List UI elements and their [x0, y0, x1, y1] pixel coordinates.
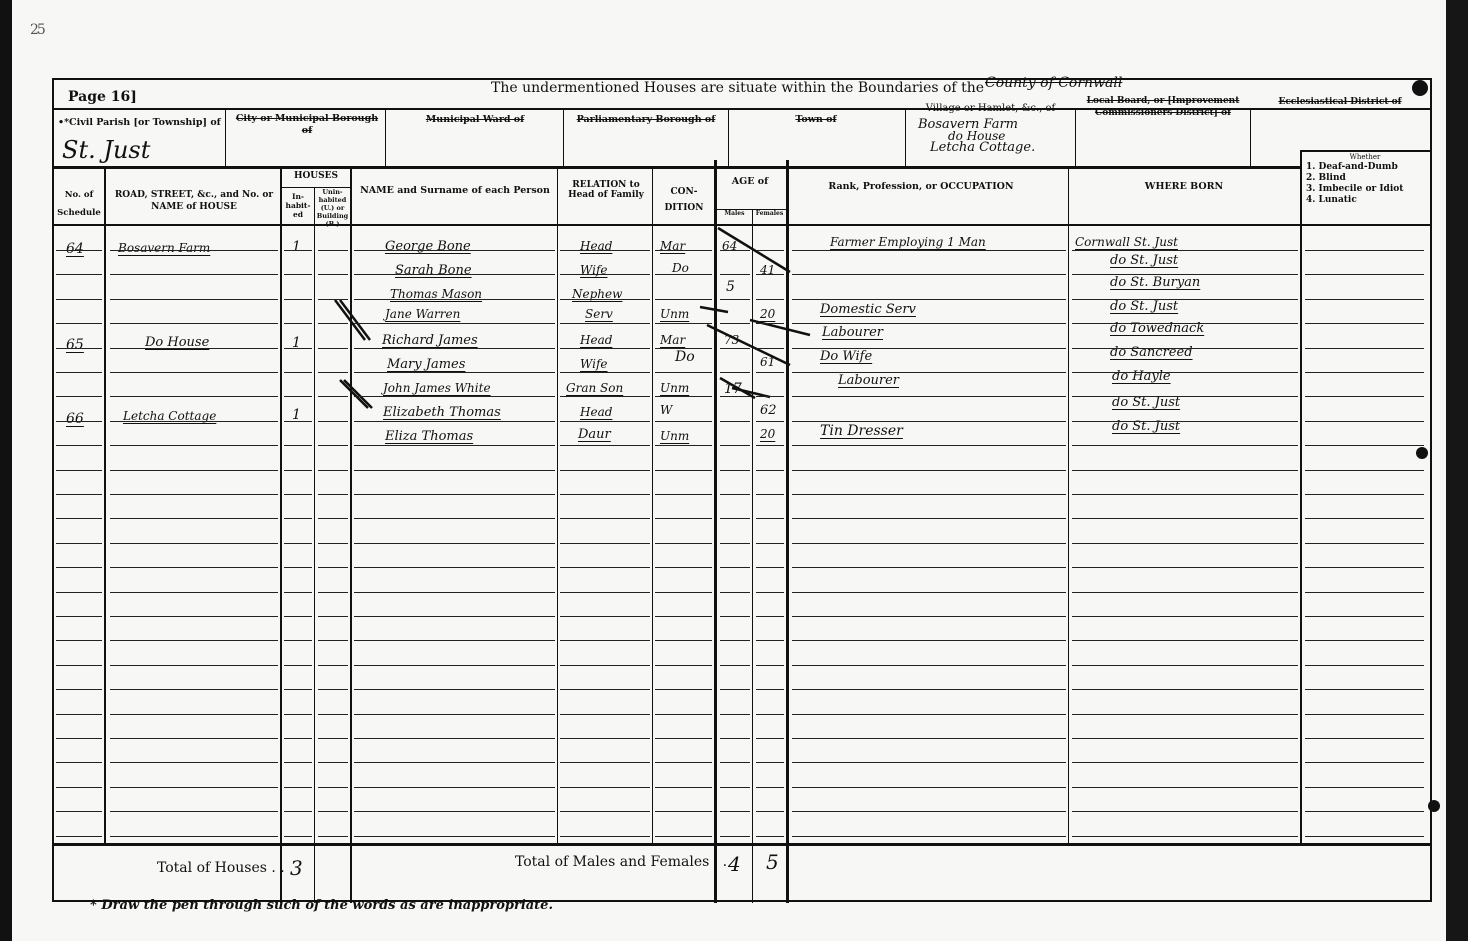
row-rule — [560, 665, 650, 666]
row-rule — [56, 470, 102, 471]
row-rule — [560, 372, 650, 373]
row-rule — [110, 787, 278, 788]
row-rule — [318, 640, 348, 641]
row-rule — [560, 616, 650, 617]
row-rule — [720, 348, 750, 349]
row-rule — [1305, 274, 1424, 275]
row-rule — [354, 445, 555, 446]
row-rule — [110, 323, 278, 324]
row-rule — [720, 787, 750, 788]
row-rule — [792, 787, 1066, 788]
row-rule — [110, 494, 278, 495]
row-rule — [56, 689, 102, 690]
row-rule — [720, 543, 750, 544]
row-rule — [560, 445, 650, 446]
row-rule — [756, 787, 784, 788]
row-rule — [756, 445, 784, 446]
row-rule — [354, 250, 555, 251]
row-rule — [655, 323, 712, 324]
row-rule — [284, 787, 312, 788]
row-rule — [792, 323, 1066, 324]
row-rule — [792, 689, 1066, 690]
row-rule — [655, 787, 712, 788]
row-rule — [655, 665, 712, 666]
row-rule — [560, 640, 650, 641]
row-rule — [1072, 616, 1298, 617]
row-rule — [318, 567, 348, 568]
row-rule — [655, 274, 712, 275]
row-rule — [720, 396, 750, 397]
row-rule — [56, 274, 102, 275]
row-rule — [284, 518, 312, 519]
row-rule — [354, 494, 555, 495]
row-rule — [354, 421, 555, 422]
row-rule — [560, 421, 650, 422]
row-rule — [284, 738, 312, 739]
row-rule — [1305, 396, 1424, 397]
row-rule — [792, 274, 1066, 275]
row-rule — [354, 543, 555, 544]
row-rule — [792, 665, 1066, 666]
row-rule — [655, 494, 712, 495]
row-rule — [1072, 250, 1298, 251]
row-rule — [354, 323, 555, 324]
row-rule — [1072, 543, 1298, 544]
row-rule — [354, 518, 555, 519]
row-rule — [560, 396, 650, 397]
row-rule — [56, 738, 102, 739]
row-rule — [318, 348, 348, 349]
row-rule — [318, 494, 348, 495]
row-rule — [792, 811, 1066, 812]
row-rule — [56, 250, 102, 251]
row-rule — [354, 616, 555, 617]
row-rule — [56, 494, 102, 495]
row-rule — [1305, 640, 1424, 641]
row-rule — [792, 616, 1066, 617]
row-rule — [110, 836, 278, 837]
row-rule — [354, 640, 555, 641]
row-rule — [560, 567, 650, 568]
row-rule — [284, 811, 312, 812]
row-rule — [756, 543, 784, 544]
row-rule — [284, 836, 312, 837]
row-rule — [560, 348, 650, 349]
row-rule — [110, 543, 278, 544]
row-rule — [56, 445, 102, 446]
row-rule — [560, 811, 650, 812]
row-rule — [756, 470, 784, 471]
row-rule — [792, 299, 1066, 300]
row-rule — [1072, 348, 1298, 349]
row-rule — [720, 372, 750, 373]
row-rule — [1072, 640, 1298, 641]
row-rule — [56, 811, 102, 812]
row-rule — [284, 372, 312, 373]
row-rule — [655, 421, 712, 422]
row-rule — [56, 665, 102, 666]
row-rule — [756, 762, 784, 763]
row-rule — [1305, 470, 1424, 471]
row-rule — [1305, 299, 1424, 300]
row-rule — [792, 396, 1066, 397]
row-rule — [56, 323, 102, 324]
row-rule — [655, 592, 712, 593]
row-rule — [318, 787, 348, 788]
row-rule — [284, 470, 312, 471]
row-rule — [1072, 494, 1298, 495]
row-rule — [56, 640, 102, 641]
row-rule — [560, 787, 650, 788]
row-rule — [110, 665, 278, 666]
row-rule — [1305, 787, 1424, 788]
row-rule — [110, 811, 278, 812]
row-rule — [792, 762, 1066, 763]
row-rule — [354, 689, 555, 690]
row-rule — [720, 518, 750, 519]
total-persons-label: Total of Males and Females . . — [515, 855, 727, 869]
row-rule — [720, 421, 750, 422]
row-rule — [655, 299, 712, 300]
row-rule — [792, 348, 1066, 349]
row-rule — [56, 299, 102, 300]
row-rule — [354, 372, 555, 373]
row-rule — [756, 592, 784, 593]
row-rule — [560, 494, 650, 495]
row-rule — [655, 372, 712, 373]
row-rule — [560, 836, 650, 837]
row-rule — [284, 714, 312, 715]
row-rule — [655, 616, 712, 617]
row-rule — [720, 445, 750, 446]
row-rule — [110, 592, 278, 593]
row-rule — [560, 738, 650, 739]
row-rule — [720, 811, 750, 812]
row-rule — [720, 665, 750, 666]
row-rule — [318, 689, 348, 690]
row-rule — [1305, 348, 1424, 349]
row-rule — [655, 543, 712, 544]
row-rule — [1305, 811, 1424, 812]
row-rule — [756, 714, 784, 715]
row-rule — [284, 665, 312, 666]
row-rule — [354, 762, 555, 763]
row-rule — [318, 665, 348, 666]
row-rule — [284, 250, 312, 251]
row-rule — [792, 714, 1066, 715]
row-rule — [655, 250, 712, 251]
row-rule — [756, 616, 784, 617]
row-rule — [318, 811, 348, 812]
footnote: * Draw the pen through such of the words… — [90, 898, 553, 913]
row-rule — [284, 762, 312, 763]
total-females-value: 5 — [766, 852, 779, 872]
row-rule — [720, 738, 750, 739]
row-rule — [110, 250, 278, 251]
row-rule — [1305, 323, 1424, 324]
row-rule — [354, 274, 555, 275]
row-rule — [56, 787, 102, 788]
row-rule — [284, 396, 312, 397]
row-rule — [720, 494, 750, 495]
row-rule — [792, 518, 1066, 519]
row-rule — [1305, 762, 1424, 763]
row-rule — [56, 396, 102, 397]
row-rule — [655, 396, 712, 397]
row-rule — [756, 494, 784, 495]
row-rule — [354, 714, 555, 715]
row-rule — [1305, 250, 1424, 251]
row-rule — [720, 567, 750, 568]
total-houses-label: Total of Houses . . — [157, 861, 285, 875]
row-rule — [1305, 714, 1424, 715]
row-rule — [1072, 445, 1298, 446]
row-rule — [1305, 689, 1424, 690]
row-rule — [318, 616, 348, 617]
row-rule — [655, 762, 712, 763]
row-rule — [110, 421, 278, 422]
row-rule — [354, 299, 555, 300]
row-rule — [110, 396, 278, 397]
row-rule — [720, 299, 750, 300]
row-rule — [1072, 762, 1298, 763]
row-rule — [354, 567, 555, 568]
row-rule — [354, 396, 555, 397]
row-rule — [792, 738, 1066, 739]
row-rule — [284, 274, 312, 275]
row-rule — [110, 616, 278, 617]
row-rule — [110, 445, 278, 446]
row-rule — [318, 421, 348, 422]
row-rule — [756, 348, 784, 349]
row-rule — [792, 640, 1066, 641]
row-rule — [560, 274, 650, 275]
row-rule — [756, 250, 784, 251]
row-rule — [110, 689, 278, 690]
row-rule — [1072, 323, 1298, 324]
row-rule — [1305, 518, 1424, 519]
row-rule — [1072, 372, 1298, 373]
row-rule — [284, 567, 312, 568]
row-rule — [318, 396, 348, 397]
row-rule — [756, 396, 784, 397]
row-rule — [318, 250, 348, 251]
row-rule — [720, 470, 750, 471]
row-rule — [756, 421, 784, 422]
row-rule — [56, 616, 102, 617]
row-rule — [318, 543, 348, 544]
row-rule — [110, 470, 278, 471]
row-rule — [1072, 518, 1298, 519]
row-rule — [720, 616, 750, 617]
row-rule — [110, 372, 278, 373]
row-rule — [1305, 421, 1424, 422]
row-rule — [792, 445, 1066, 446]
row-rule — [655, 518, 712, 519]
row-rule — [560, 689, 650, 690]
row-rule — [756, 689, 784, 690]
row-rule — [318, 299, 348, 300]
row-rule — [284, 421, 312, 422]
row-rule — [1072, 396, 1298, 397]
row-rule — [1305, 494, 1424, 495]
row-rule — [655, 689, 712, 690]
row-rule — [655, 811, 712, 812]
row-rule — [110, 640, 278, 641]
row-rule — [1072, 689, 1298, 690]
row-rule — [56, 518, 102, 519]
row-rule — [110, 762, 278, 763]
row-rule — [284, 323, 312, 324]
row-rule — [1305, 836, 1424, 837]
row-rule — [720, 250, 750, 251]
row-rule — [720, 714, 750, 715]
row-rule — [1072, 470, 1298, 471]
row-rule — [56, 421, 102, 422]
row-rule — [354, 787, 555, 788]
row-rule — [354, 348, 555, 349]
row-rule — [655, 445, 712, 446]
row-rule — [720, 274, 750, 275]
row-rule — [318, 274, 348, 275]
row-rule — [354, 470, 555, 471]
row-rule — [318, 836, 348, 837]
row-rule — [284, 445, 312, 446]
row-rule — [284, 640, 312, 641]
row-rule — [1072, 567, 1298, 568]
row-rule — [560, 518, 650, 519]
row-rule — [655, 640, 712, 641]
row-rule — [756, 299, 784, 300]
row-rule — [720, 689, 750, 690]
row-rule — [56, 372, 102, 373]
row-rule — [318, 323, 348, 324]
row-rule — [655, 567, 712, 568]
row-rule — [756, 738, 784, 739]
row-rule — [110, 738, 278, 739]
row-rule — [354, 665, 555, 666]
row-rule — [560, 323, 650, 324]
row-rule — [756, 518, 784, 519]
row-rule — [720, 762, 750, 763]
row-rule — [756, 567, 784, 568]
row-rule — [756, 372, 784, 373]
row-rule — [756, 811, 784, 812]
row-rule — [560, 470, 650, 471]
row-rule — [284, 299, 312, 300]
row-rule — [56, 348, 102, 349]
row-rule — [792, 543, 1066, 544]
row-rule — [720, 640, 750, 641]
row-rule — [1072, 592, 1298, 593]
row-rule — [792, 421, 1066, 422]
row-rule — [655, 348, 712, 349]
row-rule — [1072, 299, 1298, 300]
row-rule — [284, 616, 312, 617]
row-rule — [56, 836, 102, 837]
row-rule — [354, 592, 555, 593]
row-rule — [1305, 445, 1424, 446]
row-rule — [560, 592, 650, 593]
row-rule — [720, 592, 750, 593]
row-rule — [792, 592, 1066, 593]
row-rule — [560, 714, 650, 715]
row-rule — [56, 543, 102, 544]
row-rule — [1305, 665, 1424, 666]
total-males-value: 4 — [728, 854, 741, 874]
row-rule — [318, 518, 348, 519]
row-rule — [756, 274, 784, 275]
row-rule — [1072, 738, 1298, 739]
row-rule — [284, 348, 312, 349]
row-rule — [560, 762, 650, 763]
row-rule — [1072, 665, 1298, 666]
row-rule — [110, 348, 278, 349]
row-rule — [318, 372, 348, 373]
row-rule — [110, 299, 278, 300]
row-rule — [1305, 592, 1424, 593]
row-rule — [318, 470, 348, 471]
row-rule — [110, 274, 278, 275]
row-rule — [792, 372, 1066, 373]
row-rule — [1072, 421, 1298, 422]
row-rule — [1305, 372, 1424, 373]
row-rule — [1072, 714, 1298, 715]
row-rule — [655, 836, 712, 837]
row-rule — [792, 494, 1066, 495]
row-rule — [56, 714, 102, 715]
row-rule — [1072, 811, 1298, 812]
row-rule — [354, 738, 555, 739]
row-rule — [110, 714, 278, 715]
row-rule — [1305, 738, 1424, 739]
row-rule — [560, 299, 650, 300]
row-rule — [1305, 543, 1424, 544]
row-rule — [756, 640, 784, 641]
row-rule — [792, 470, 1066, 471]
row-rule — [560, 250, 650, 251]
row-rule — [318, 592, 348, 593]
row-rule — [756, 836, 784, 837]
row-rule — [56, 592, 102, 593]
row-rule — [284, 592, 312, 593]
row-rule — [655, 738, 712, 739]
row-rule — [56, 567, 102, 568]
row-rule — [792, 567, 1066, 568]
row-rule — [1305, 616, 1424, 617]
row-rule — [318, 445, 348, 446]
row-rule — [318, 762, 348, 763]
row-rule — [1072, 274, 1298, 275]
row-rule — [720, 836, 750, 837]
row-rule — [56, 762, 102, 763]
row-rule — [110, 567, 278, 568]
row-rule — [655, 470, 712, 471]
row-rule — [560, 543, 650, 544]
row-rule — [318, 738, 348, 739]
row-rule — [354, 811, 555, 812]
row-rule — [792, 250, 1066, 251]
row-rule — [1072, 836, 1298, 837]
row-rule — [110, 518, 278, 519]
row-rule — [284, 494, 312, 495]
row-rule — [756, 665, 784, 666]
row-rule — [1305, 567, 1424, 568]
row-rule — [720, 323, 750, 324]
row-rule — [354, 836, 555, 837]
row-rule — [318, 714, 348, 715]
row-rule — [284, 543, 312, 544]
